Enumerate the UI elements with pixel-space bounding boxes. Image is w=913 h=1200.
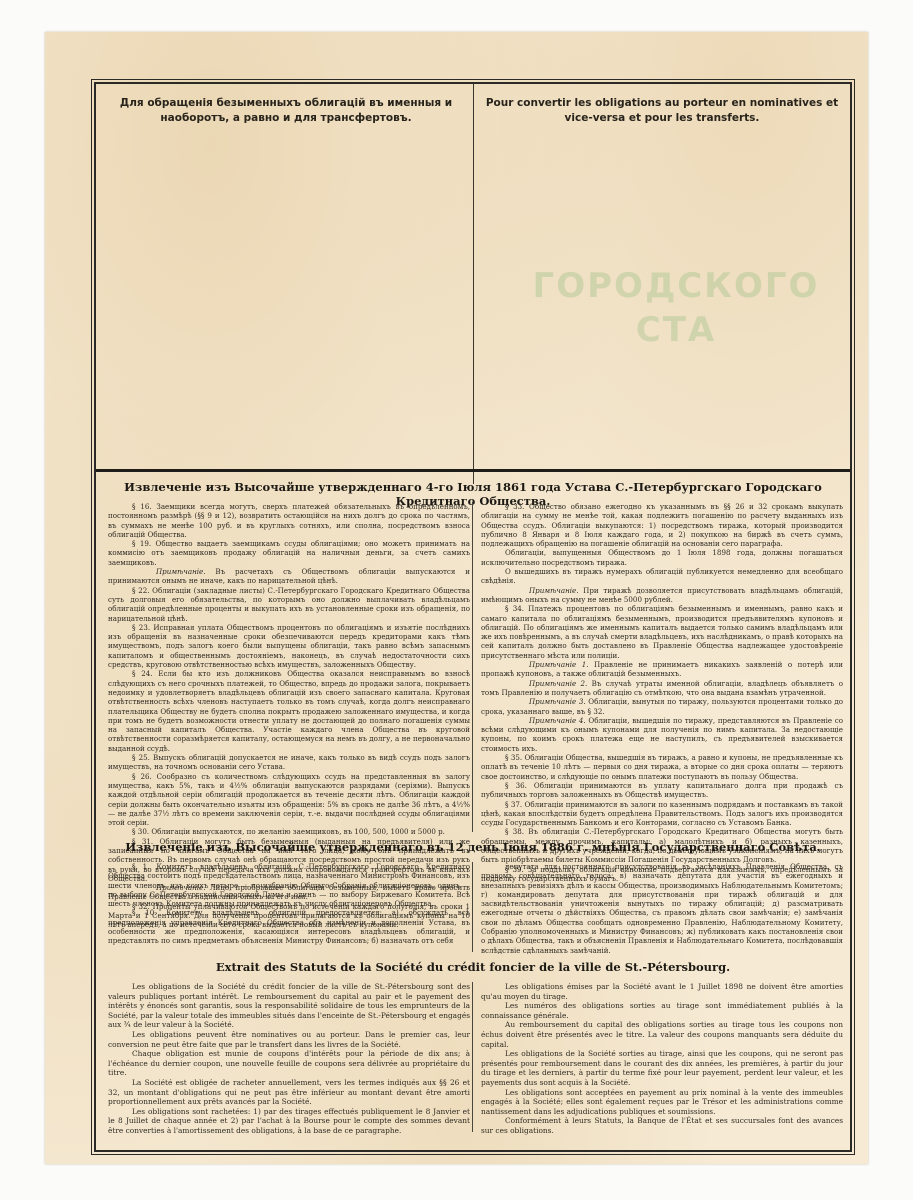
statute-paragraph: Chaque obligation est munie de coupons d…: [108, 1049, 470, 1078]
note-paragraph: Примѣчаніе 3. Облигаціи, вынутыя по тира…: [481, 697, 843, 716]
statute-paragraph: § 33. Общество обязано ежегодно къ указа…: [481, 502, 843, 548]
note-label: Примѣчаніе 1.: [529, 660, 594, 669]
statute-paragraph: Les obligations peuvent être nominatives…: [108, 1030, 470, 1049]
note-paragraph: Примѣчаніе. Въ расчетахъ съ Обществомъ о…: [108, 567, 470, 586]
note-paragraph: Примѣчаніе 1. Правленіе не принимаетъ ни…: [481, 660, 843, 679]
statute-paragraph: Les numéros des obligations sorties au t…: [481, 1001, 843, 1020]
statute-paragraph: § 25. Выпускъ облигацій допускается не и…: [108, 753, 470, 772]
statute-paragraph: § 1. Комитетъ владѣльцевъ облигацій С.-П…: [108, 862, 470, 908]
statute-paragraph: Les obligations émises par la Société av…: [481, 982, 843, 1001]
note-label: Примѣчаніе 3.: [529, 697, 588, 706]
column-divider: [472, 502, 473, 832]
statute-paragraph: § 26. Сообразно съ количествомъ слѣдующи…: [108, 772, 470, 828]
note-label: Примѣчаніе.: [156, 567, 215, 576]
section-french-body: Les obligations de la Société du crédit …: [96, 982, 850, 1132]
statute-paragraph: Les obligations sont rachetées: 1) par d…: [108, 1107, 470, 1136]
section-french-right-column: Les obligations émises par la Société av…: [481, 982, 843, 1136]
bleed-through-watermark: ГОРОДСКОГО СТА: [526, 264, 826, 444]
column-divider: [472, 862, 473, 952]
statute-paragraph: § 22. Облигаціи (закладные листы) С.-Пет…: [108, 586, 470, 623]
section-1886-body: § 1. Комитетъ владѣльцевъ облигацій С.-П…: [96, 862, 850, 952]
section-title-1886: Извлеченіе изъ Высочайше утвержденнаго в…: [96, 840, 850, 854]
statute-paragraph: Les obligations de la Société du crédit …: [108, 982, 470, 1030]
section-1861-right-column: § 33. Общество обязано ежегодно къ указа…: [481, 502, 843, 883]
section-french-left-column: Les obligations de la Société du crédit …: [108, 982, 470, 1136]
section-1886-right-column: депутата для постояннаго присутствованія…: [481, 862, 843, 955]
note-label: Примѣчаніе 2.: [529, 679, 592, 688]
note-paragraph: Примѣчаніе 4. Облигаціи, вышедшія по тир…: [481, 716, 843, 753]
note-paragraph: Примѣчаніе 2. Въ случаѣ утраты именной о…: [481, 679, 843, 698]
statute-paragraph: § 10. Комитету владѣльцевъ облигацій пре…: [108, 908, 470, 945]
statute-paragraph: § 36. Облигаціи принимаются въ уплату ка…: [481, 781, 843, 800]
statute-paragraph: § 35. Облигаціи Общества, вышедшія въ ти…: [481, 753, 843, 781]
statute-paragraph: § 37. Облигаціи принимаются въ залоги по…: [481, 800, 843, 828]
statute-paragraph: § 19. Общество выдаетъ заемщикамъ ссуды …: [108, 539, 470, 567]
statute-paragraph: § 24. Если бы кто изъ должниковъ Обществ…: [108, 669, 470, 753]
watermark-line: СТА: [526, 308, 826, 352]
section-1861-body: § 16. Заемщики всегда могутъ, сверхъ пла…: [96, 502, 850, 832]
statute-paragraph: Les obligations de la Société sorties au…: [481, 1049, 843, 1087]
transfer-caption-french: Pour convertir les obligations au porteu…: [482, 96, 842, 126]
statute-paragraph: депутата для постояннаго присутствованія…: [481, 862, 843, 955]
statute-paragraph: О вышедшихъ въ тиражъ нумерахъ облигацій…: [481, 567, 843, 586]
panel-divider: [473, 84, 474, 484]
statute-paragraph: Les obligations sont acceptées en payeme…: [481, 1088, 843, 1117]
note-paragraph: Примѣчаніе. При тиражѣ дозволяется прису…: [481, 586, 843, 605]
section-1886-left-column: § 1. Комитетъ владѣльцевъ облигацій С.-П…: [108, 862, 470, 946]
statute-paragraph: Облигаціи, выпущенныя Обществомъ до 1 Ію…: [481, 548, 843, 567]
section-title-french: Extrait des Statuts de la Société du cré…: [96, 960, 850, 974]
column-divider: [472, 982, 473, 1132]
statute-paragraph: Au remboursement du capital des obligati…: [481, 1020, 843, 1049]
statute-paragraph: La Société est obligée de racheter annue…: [108, 1078, 470, 1107]
section-rule: [96, 469, 850, 472]
note-label: Примѣчаніе 4.: [529, 716, 588, 725]
watermark-line: ГОРОДСКОГО: [526, 264, 826, 308]
statute-paragraph: § 34. Платежъ процентовъ по облигаціямъ …: [481, 604, 843, 660]
note-label: Примѣчаніе.: [529, 586, 583, 595]
document-frame: Для обращенія безыменныхъ облигацій въ и…: [94, 82, 852, 1152]
statute-paragraph: § 16. Заемщики всегда могутъ, сверхъ пла…: [108, 502, 470, 539]
statute-paragraph: Conformément à leurs Statuts, la Banque …: [481, 1116, 843, 1135]
transfer-caption-russian: Для обращенія безыменныхъ облигацій въ и…: [106, 96, 466, 126]
transfer-panel: Для обращенія безыменныхъ облигацій въ и…: [96, 84, 850, 484]
statute-paragraph: § 30. Облигаціи выпускаются, по желанію …: [108, 827, 470, 836]
statute-paragraph: § 23. Исправная уплата Обществомъ процен…: [108, 623, 470, 669]
